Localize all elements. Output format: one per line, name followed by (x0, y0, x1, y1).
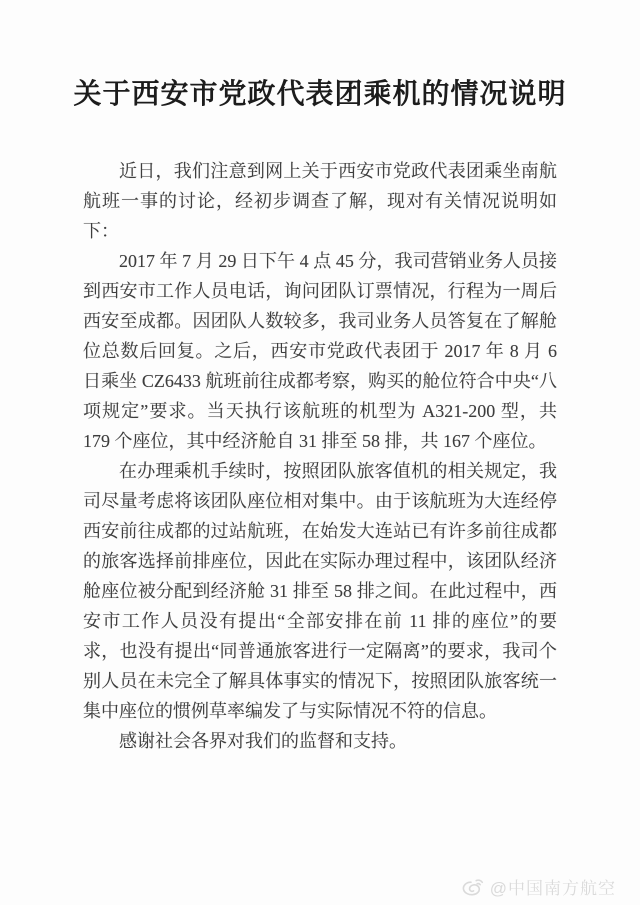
watermark: @中国南方航空 (461, 874, 616, 899)
document-page: 关于西安市党政代表团乘机的情况说明 近日，我们注意到网上关于西安市党政代表团乘坐… (0, 0, 640, 905)
paragraph-intro: 近日，我们注意到网上关于西安市党政代表团乘坐南航航班一事的讨论，经初步调查了解，… (83, 156, 557, 246)
weibo-icon (461, 877, 485, 897)
document-body: 近日，我们注意到网上关于西安市党政代表团乘坐南航航班一事的讨论，经初步调查了解，… (0, 156, 640, 756)
watermark-text: @中国南方航空 (490, 874, 616, 899)
paragraph-booking-details: 2017 年 7 月 29 日下午 4 点 45 分，我司营销业务人员接到西安市… (83, 246, 557, 456)
paragraph-checkin-details: 在办理乘机手续时，按照团队旅客值机的相关规定，我司尽量考虑将该团队座位相对集中。… (83, 456, 557, 726)
document-title: 关于西安市党政代表团乘机的情况说明 (0, 72, 640, 112)
paragraph-thanks: 感谢社会各界对我们的监督和支持。 (83, 726, 557, 756)
